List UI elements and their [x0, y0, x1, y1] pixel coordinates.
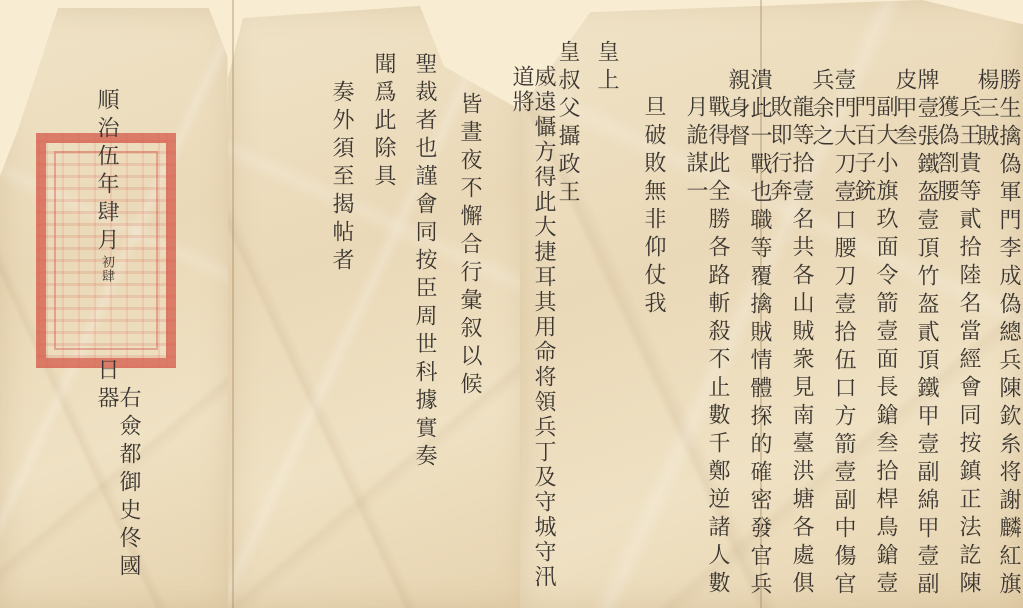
text-column-9: 旦破敗無非仰仗我	[642, 95, 664, 319]
text-column-11: 皇叔父攝政王	[556, 40, 578, 208]
text-column-1: 勝生擒偽軍門李成偽總兵陳欽糸将謝麟紅旗楊三賊	[975, 68, 1019, 608]
text-column-3: 牌壹張鐵盔壹頂竹盔貳頂鐵甲壹副綿甲壹副皮甲叁	[893, 68, 937, 608]
day-suffix: 日	[95, 358, 117, 386]
text-column-5: 壹門大刀壹口腰刀壹拾伍口方箭壹副中傷官兵余之	[810, 68, 854, 608]
text-column-8: 戰得此全勝各路斬殺不止數千鄭逆諸人數月詭謀一	[684, 95, 728, 608]
signatory: 右僉都御史佟國器	[95, 386, 139, 608]
text-column-4: 副大小旗玖面令箭壹面長鎗叁拾桿鳥鎗壹門百子銃	[852, 95, 896, 608]
text-column-6: 龍等拾壹名共各山賊衆見南臺洪塘各處俱敗即行奔	[768, 95, 812, 608]
text-column-12: 威遠懾方得此大捷耳其用命将領兵丁及守城守汛道將	[510, 65, 554, 608]
day-number: 初肆	[100, 255, 113, 283]
text-column-13: 皆晝夜不懈合行彙叙以候	[458, 92, 480, 400]
text-column-15: 聞爲此除具	[372, 52, 394, 192]
text-column-7: 潰此一戰也職等覆擒賊情體探的確密發官兵親身督	[726, 68, 770, 608]
text-column-14: 聖裁者也謹會同按臣周世科據實奏	[413, 52, 435, 472]
text-column-10: 皇上	[595, 40, 617, 96]
text-column-2: 兵王貴等貳拾陸名當經會同按鎮正法訖陳獲偽劄腰	[935, 95, 979, 608]
text-column-16: 奏外須至揭帖者	[330, 80, 352, 276]
era-date: 順治伍年肆月	[95, 88, 117, 256]
fold-line	[232, 0, 234, 608]
